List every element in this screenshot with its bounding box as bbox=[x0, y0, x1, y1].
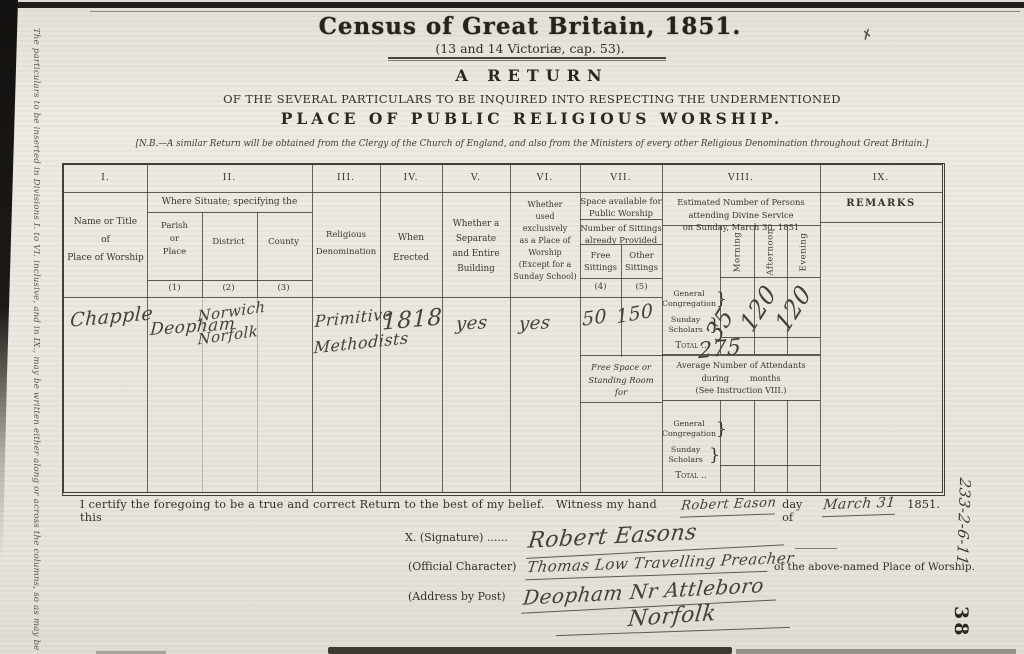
col2-subnum1: (1) bbox=[149, 283, 200, 293]
col9-numeral: IX. bbox=[820, 172, 942, 183]
col7-standing-room-label: Free Space or Standing Room for bbox=[580, 361, 662, 399]
col8-average-label: Average Number of Attendants during mont… bbox=[662, 359, 820, 397]
col2-sub-district: District bbox=[202, 237, 255, 247]
col2-subnum2: (2) bbox=[202, 283, 255, 293]
rule bbox=[257, 212, 258, 297]
brace: } bbox=[709, 445, 720, 465]
archive-reference: 233-2-6-11 bbox=[954, 477, 976, 584]
col2-sub-parish: Parish or Place bbox=[149, 220, 200, 258]
rule bbox=[787, 400, 788, 492]
col1-numeral: I. bbox=[64, 172, 147, 183]
certify-statement: I certify the foregoing to be a true and… bbox=[80, 498, 675, 524]
entry-when-erected: 1818 bbox=[382, 300, 443, 340]
census-form-page: The particulars to be inserted in Divisi… bbox=[0, 0, 1024, 654]
page-number: 38 bbox=[952, 606, 972, 648]
col8-morning-header: Morning bbox=[720, 227, 754, 277]
rule bbox=[720, 277, 820, 278]
col1-header: Name or Title of Place of Worship bbox=[64, 213, 147, 267]
official-character-label: (Official Character) bbox=[408, 560, 516, 573]
rule bbox=[64, 192, 942, 193]
return-table: I. II. III. IV. V. VI. VII. VIII. IX. Na… bbox=[62, 163, 945, 496]
rule bbox=[147, 165, 148, 492]
entry-attendance-total: 275 bbox=[698, 331, 741, 369]
bottom-edge-smudge bbox=[328, 647, 732, 654]
col8-evening-label: Evening bbox=[799, 233, 809, 272]
col7-subnum5: (5) bbox=[621, 282, 662, 292]
col8-total-row2: Total .. bbox=[662, 471, 720, 481]
col8-afternoon-header: Afternoon bbox=[754, 227, 787, 277]
col8-numeral: VIII. bbox=[662, 172, 820, 183]
col8-general-congregation-row2: General Congregation} bbox=[662, 415, 720, 442]
col7-subnum4: (4) bbox=[580, 282, 621, 292]
certification-line: I certify the foregoing to be a true and… bbox=[80, 494, 940, 524]
rule bbox=[820, 165, 821, 492]
act-citation: (13 and 14 Victoriæ, cap. 53). bbox=[300, 41, 760, 56]
col2-numeral: II. bbox=[147, 172, 312, 183]
rule bbox=[662, 225, 820, 226]
rule bbox=[147, 212, 312, 213]
certify-hand-date: March 31 bbox=[821, 493, 896, 518]
col6-header: Whether used exclusively as a Place of W… bbox=[510, 199, 580, 283]
col4-numeral: IV. bbox=[380, 172, 442, 183]
top-edge-rule-thin bbox=[90, 11, 1020, 12]
col5-header: Whether a Separate and Entire Building bbox=[442, 217, 510, 277]
return-subject: PLACE OF PUBLIC RELIGIOUS WORSHIP. bbox=[262, 109, 802, 128]
col8-evening-header: Evening bbox=[787, 227, 820, 277]
col3-header: Religious Denomination bbox=[312, 227, 380, 261]
rule bbox=[580, 219, 662, 220]
return-subheading: OF THE SEVERAL PARTICULARS TO BE INQUIRE… bbox=[92, 92, 972, 106]
entry-other-sittings: 150 bbox=[615, 297, 654, 332]
top-edge-rule bbox=[0, 2, 1024, 8]
col6-numeral: VI. bbox=[510, 172, 580, 183]
rule bbox=[580, 355, 662, 356]
col8-sunday-scholars-row2: Sunday Scholars} bbox=[662, 442, 720, 468]
brace: } bbox=[716, 419, 727, 439]
col5-numeral: V. bbox=[442, 172, 510, 183]
col2-header: Where Situate; specifying the bbox=[149, 197, 310, 207]
col7-sub-other: Other Sittings bbox=[621, 250, 662, 274]
rule bbox=[202, 212, 203, 297]
rule bbox=[754, 400, 755, 492]
rule bbox=[662, 400, 820, 401]
bottom-edge-smudge-light bbox=[736, 649, 1016, 654]
rule bbox=[795, 548, 837, 549]
left-edge-shadow bbox=[0, 0, 18, 560]
census-title: Census of Great Britain, 1851. bbox=[300, 13, 760, 40]
margin-instruction-note: The particulars to be inserted in Divisi… bbox=[29, 28, 42, 642]
col7-header-sittings: Number of Sittings already Provided bbox=[580, 223, 662, 247]
rule bbox=[820, 222, 942, 223]
decorative-rule bbox=[388, 57, 666, 61]
col4-header: When Erected bbox=[380, 229, 442, 269]
ink-mark: ✗ bbox=[860, 27, 875, 45]
address-by-post-label: (Address by Post) bbox=[408, 590, 506, 603]
col7-sub-free: Free Sittings bbox=[580, 250, 621, 274]
col8-morning-label: Morning bbox=[732, 232, 742, 273]
entry-attendance-evening: 120 bbox=[767, 278, 820, 339]
signature-label: X. (Signature) ...... bbox=[405, 531, 508, 544]
rule bbox=[720, 400, 721, 492]
entry-exclusive-use: yes bbox=[518, 309, 552, 338]
col9-remarks-header: REMARKS bbox=[820, 198, 942, 209]
col7-header-space: Space available for Public Worship bbox=[580, 196, 662, 220]
return-heading: A RETURN bbox=[262, 66, 802, 85]
rule bbox=[147, 280, 312, 281]
official-character-suffix: of the above-named Place of Worship. bbox=[774, 561, 975, 573]
col2-sub-county: County bbox=[257, 237, 310, 247]
row-label: General Congregation bbox=[662, 289, 716, 308]
nb-note: [N.B.—A similar Return will be obtained … bbox=[112, 139, 952, 149]
entry-free-sittings: 50 bbox=[582, 302, 608, 334]
rule bbox=[720, 465, 820, 466]
row-label: Sunday Scholars bbox=[662, 445, 709, 464]
col8-afternoon-label: Afternoon bbox=[766, 228, 776, 275]
col7-numeral: VII. bbox=[580, 172, 662, 183]
col3-numeral: III. bbox=[312, 172, 380, 183]
rule bbox=[64, 297, 662, 298]
certify-year: 1851. bbox=[907, 497, 940, 511]
entry-name-of-worship-place: Chapple bbox=[69, 299, 153, 335]
row-label: General Congregation bbox=[662, 419, 716, 438]
rule bbox=[621, 244, 622, 357]
rule bbox=[580, 402, 662, 403]
entry-separate-building: yes bbox=[455, 309, 489, 338]
